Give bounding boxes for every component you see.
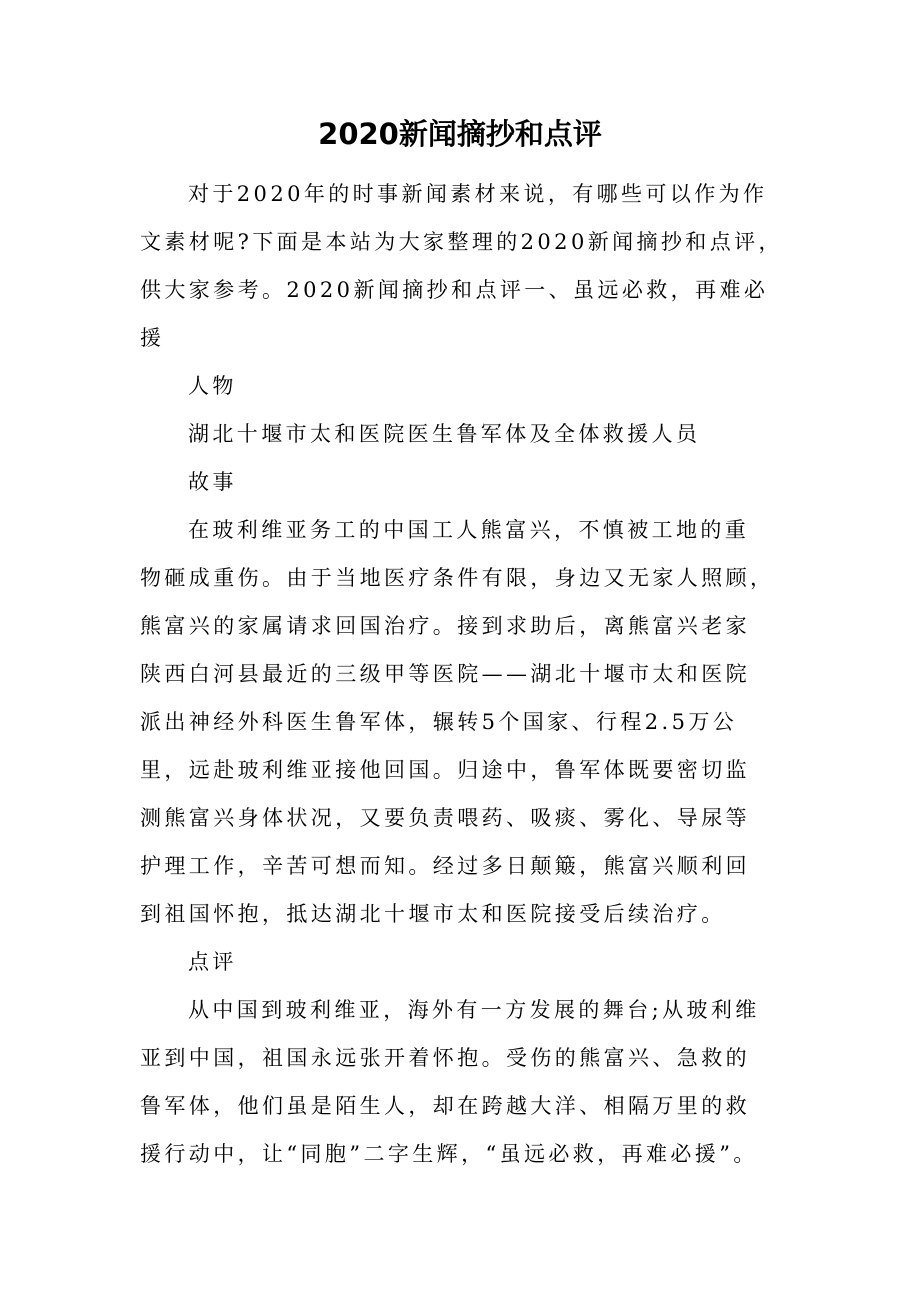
text-line: 文素材呢?下面是本站为大家整理的2020新闻摘抄和点评， (140, 218, 780, 266)
text-line: 援行动中，让“同胞”二字生辉，“虽远必救，再难必援”。 (140, 1130, 780, 1178)
text-line: 测熊富兴身体状况，又要负责喂药、吸痰、雾化、导尿等 (140, 794, 780, 842)
text-line: 援 (140, 314, 780, 362)
section-heading: 点评 (140, 938, 780, 986)
section-heading-comment: 点评 (140, 938, 780, 986)
text-line: 陕西白河县最近的三级甲等医院——湖北十堰市太和医院 (140, 650, 780, 698)
text-line: 从中国到玻利维亚，海外有一方发展的舞台;从玻利维 (140, 986, 780, 1034)
person-paragraph: 湖北十堰市太和医院医生鲁军体及全体救援人员 (140, 410, 780, 458)
text-line: 熊富兴的家属请求回国治疗。接到求助后，离熊富兴老家 (140, 602, 780, 650)
story-paragraph: 在玻利维亚务工的中国工人熊富兴，不慎被工地的重 物砸成重伤。由于当地医疗条件有限… (140, 506, 780, 938)
document-body: 对于2020年的时事新闻素材来说，有哪些可以作为作 文素材呢?下面是本站为大家整… (140, 170, 780, 1178)
text-line: 在玻利维亚务工的中国工人熊富兴，不慎被工地的重 (140, 506, 780, 554)
text-line: 到祖国怀抱，抵达湖北十堰市太和医院接受后续治疗。 (140, 890, 780, 938)
section-heading-person: 人物 (140, 362, 780, 410)
text-line: 里，远赴玻利维亚接他回国。归途中，鲁军体既要密切监 (140, 746, 780, 794)
intro-paragraph: 对于2020年的时事新闻素材来说，有哪些可以作为作 文素材呢?下面是本站为大家整… (140, 170, 780, 362)
text-line: 亚到中国，祖国永远张开着怀抱。受伤的熊富兴、急救的 (140, 1034, 780, 1082)
section-heading: 故事 (140, 458, 780, 506)
document-title: 2020新闻摘抄和点评 (0, 112, 920, 156)
document-page: 2020新闻摘抄和点评 对于2020年的时事新闻素材来说，有哪些可以作为作 文素… (0, 0, 920, 1302)
text-line: 湖北十堰市太和医院医生鲁军体及全体救援人员 (140, 410, 780, 458)
section-heading-story: 故事 (140, 458, 780, 506)
comment-paragraph: 从中国到玻利维亚，海外有一方发展的舞台;从玻利维 亚到中国，祖国永远张开着怀抱。… (140, 986, 780, 1178)
text-line: 物砸成重伤。由于当地医疗条件有限，身边又无家人照顾， (140, 554, 780, 602)
text-line: 对于2020年的时事新闻素材来说，有哪些可以作为作 (140, 170, 780, 218)
text-line: 供大家参考。2020新闻摘抄和点评一、虽远必救，再难必 (140, 266, 780, 314)
text-line: 鲁军体，他们虽是陌生人，却在跨越大洋、相隔万里的救 (140, 1082, 780, 1130)
text-line: 护理工作，辛苦可想而知。经过多日颠簸，熊富兴顺利回 (140, 842, 780, 890)
text-line: 派出神经外科医生鲁军体，辗转5个国家、行程2.5万公 (140, 698, 780, 746)
section-heading: 人物 (140, 362, 780, 410)
